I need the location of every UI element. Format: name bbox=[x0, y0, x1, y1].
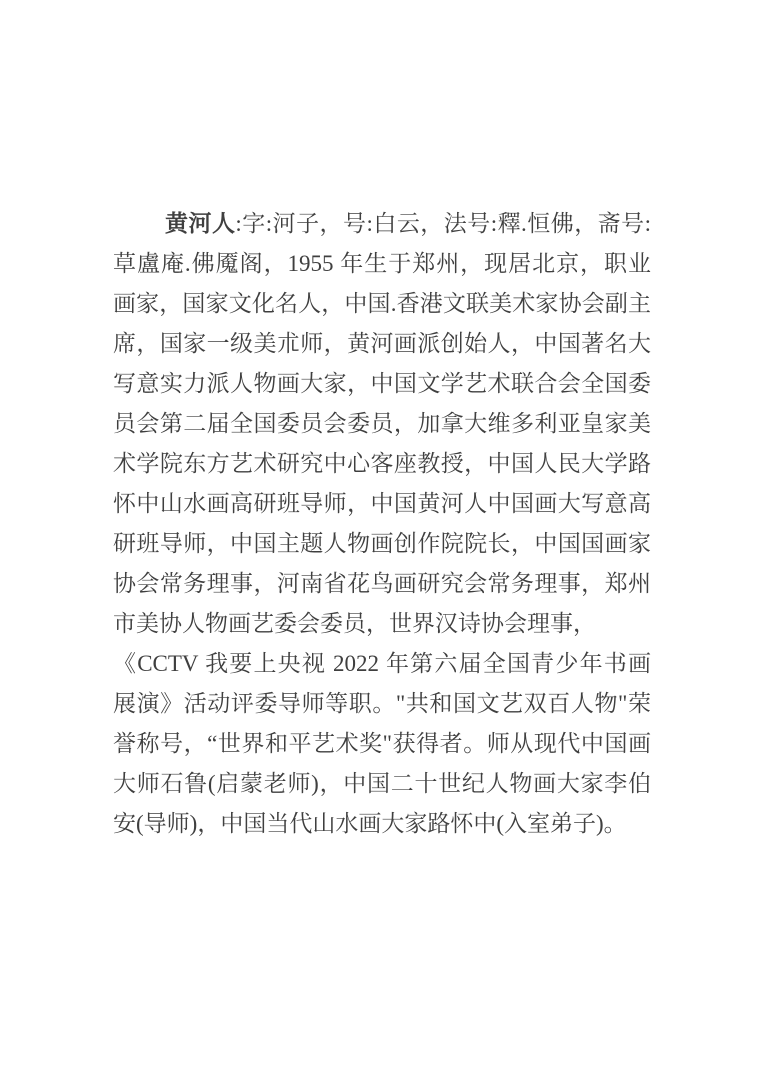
paragraph-line: 大师石鲁(启蒙老师)，中国二十世纪人物画大家李伯 bbox=[113, 764, 651, 804]
paragraph-line: 研班导师，中国主题人物画创作院院长，中国国画家 bbox=[113, 524, 651, 564]
paragraph-line: 黄河人:字:河子，号:白云，法号:釋.恒佛，斋号: bbox=[113, 204, 651, 244]
paragraph-line: 怀中山水画高研班导师，中国黄河人中国画大写意高 bbox=[113, 484, 651, 524]
paragraph-line: 写意实力派人物画大家，中国文学艺术联合会全国委 bbox=[113, 364, 651, 404]
paragraph-line: 展演》活动评委导师等职。"共和国文艺双百人物"荣 bbox=[113, 684, 651, 724]
paragraph-line: 安(导师)，中国当代山水画大家路怀中(入室弟子)。 bbox=[113, 804, 651, 844]
paragraph-line: 协会常务理事，河南省花鸟画研究会常务理事，郑州 bbox=[113, 564, 651, 604]
paragraph-line: 术学院东方艺术研究中心客座教授，中国人民大学路 bbox=[113, 444, 651, 484]
paragraph-line: 市美协人物画艺委会委员，世界汉诗协会理事， bbox=[113, 604, 651, 644]
paragraph-line: 《CCTV 我要上央视 2022 年第六届全国青少年书画 bbox=[113, 644, 651, 684]
author-name: 黄河人 bbox=[165, 211, 235, 236]
biography-paragraph: 黄河人:字:河子，号:白云，法号:釋.恒佛，斋号:草盧庵.佛魇阁，1955 年生… bbox=[113, 204, 651, 844]
document-page: 黄河人:字:河子，号:白云，法号:釋.恒佛，斋号:草盧庵.佛魇阁，1955 年生… bbox=[0, 0, 763, 1080]
paragraph-line: 草盧庵.佛魇阁，1955 年生于郑州，现居北京，职业 bbox=[113, 244, 651, 284]
paragraph-line: 誉称号，“世界和平艺术奖"获得者。师从现代中国画 bbox=[113, 724, 651, 764]
paragraph-line: 席，国家一级美朮师，黄河画派创始人，中国著名大 bbox=[113, 324, 651, 364]
paragraph-line: 画家，国家文化名人，中国.香港文联美术家协会副主 bbox=[113, 284, 651, 324]
paragraph-line: 员会第二届全国委员会委员，加拿大维多利亚皇家美 bbox=[113, 404, 651, 444]
